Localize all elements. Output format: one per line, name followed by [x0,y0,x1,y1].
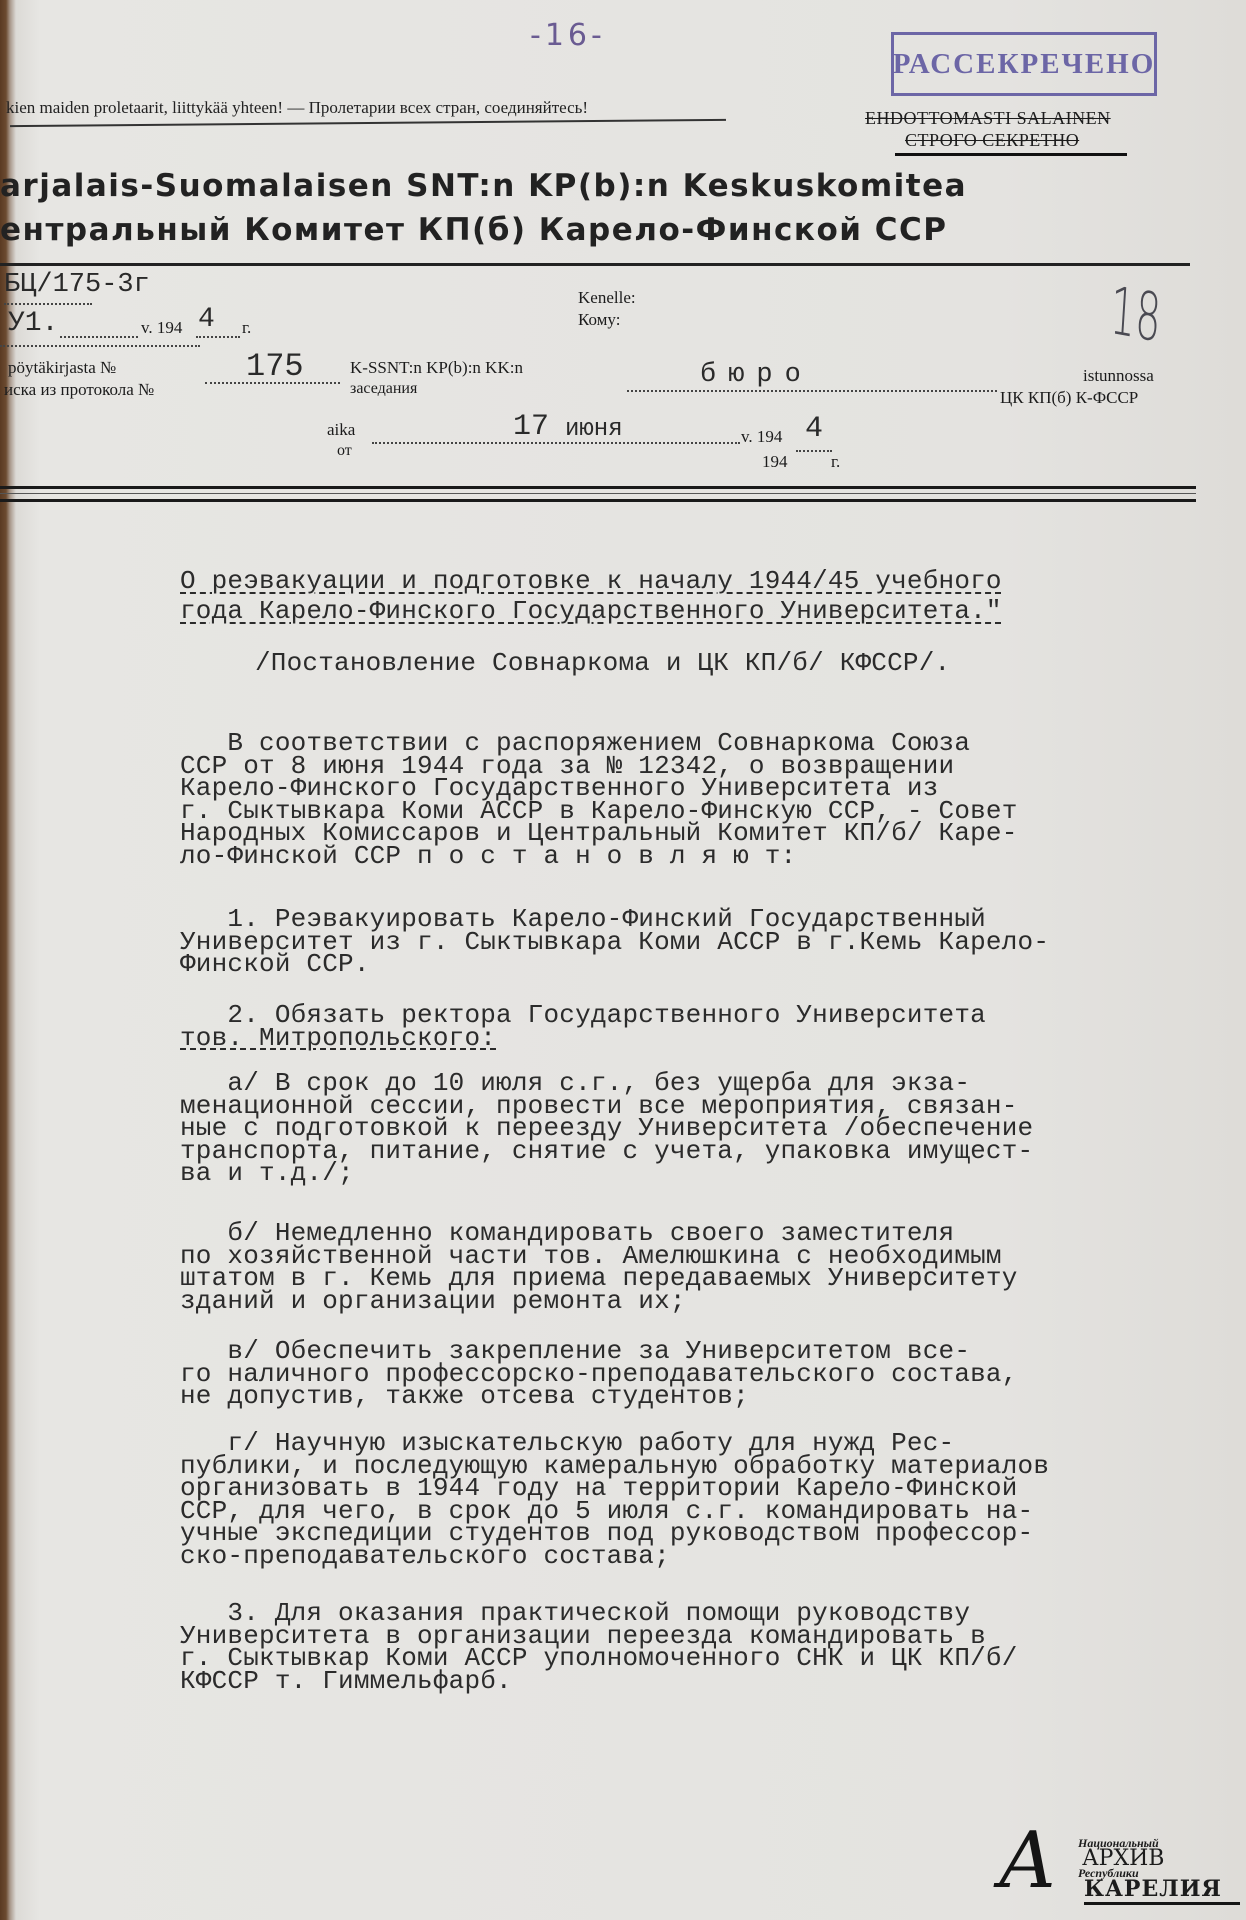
dotted-line [60,336,138,338]
komu-label: Кому: [578,310,620,330]
year-suffix-label: г. [242,318,251,338]
dotted-line [0,345,200,347]
letterhead-rule [0,263,1190,266]
letterhead-title-ru: ентральный Комитет КП(б) Карело-Финской … [0,212,947,248]
form-rule [0,486,1196,489]
istunnossa-label: istunnossa [1083,366,1154,386]
year-prefix-label: v. 194 [141,318,182,338]
slogan-underline [10,119,726,127]
classification-underline [895,153,1127,156]
text-line: не допустив, также отсева студентов; [180,1385,1220,1408]
handwritten-sheet-number: 18 [1108,272,1163,357]
month-value: У1. [8,308,58,339]
feather-icon [1084,1902,1240,1905]
text-line: ло-Финской ССР п о с т а н о в л я ю т: [180,845,1220,868]
handwritten-page-number: -16- [530,18,606,53]
item-2a: а/ В срок до 10 июля с.г., без ущерба дл… [180,1072,1220,1185]
item-2: 2. Обязать ректора Государственного Унив… [180,1004,1220,1049]
dotted-line [4,303,92,305]
preamble: В соответствии с распоряжением Совнарком… [180,732,1220,867]
letterhead-title-fi: arjalais-Suomalaisen SNT:n KP(b):n Kesku… [0,168,967,204]
classification-fi-struck: EHDOTTOMASTI SALAINEN [865,108,1111,129]
dotted-line [196,336,240,338]
aika-label: aika [327,420,355,440]
dotted-line [627,390,997,392]
date-month: июня [565,416,623,443]
reference-number: БЦ/175-3г [4,270,150,300]
date-year-prefix: v. 194 [741,427,782,447]
declassified-stamp: РАССЕКРЕЧЕНО [891,32,1157,96]
item-3: 3. Для оказания практической помощи руко… [180,1602,1220,1692]
date-year-digit: 4 [805,412,823,446]
resolution-subtitle: /Постановление Совнаркома и ЦК КП/б/ КФС… [255,652,1246,675]
archive-logo: А Национальный АРХИВ Республики КАРЕЛИЯ [998,1822,1238,1912]
classification-ru-struck: СТРОГО СЕКРЕТНО [905,130,1079,151]
item-2g: г/ Научную изыскательскую работу для нуж… [180,1432,1220,1567]
date-day: 17 [513,410,549,444]
org-label-ru: заседания [350,380,417,398]
date-year-suffix-ru: г. [831,452,840,472]
stamp-text: РАССЕКРЕЧЕНО [893,48,1156,81]
dotted-line [796,450,832,452]
logo-initial: А [998,1816,1057,1906]
protocol-label-ru: иска из протокола № [4,380,154,400]
org-label-fi: K-SSNT:n KP(b):n KK:n [350,358,523,378]
kenelle-label: Kenelle: [578,288,636,308]
title-line: года Карело-Финского Государственного Ун… [180,596,1220,626]
ot-label: от [337,442,352,460]
meeting-body: бюро [700,360,813,390]
ck-label: ЦК КП(б) К-ФССР [1000,388,1138,408]
item-2b: б/ Немедленно командировать своего замес… [180,1222,1220,1312]
form-rule [0,499,1196,502]
protocol-label-fi: pöytäkirjasta № [8,358,116,378]
year-digit: 4 [198,304,215,335]
date-year-prefix-ru: 194 [762,452,788,472]
title-line: О реэвакуации и подготовке к началу 1944… [180,566,1220,596]
protocol-number: 175 [246,348,304,385]
dotted-line [372,442,740,444]
item-1: 1. Реэвакуировать Карело-Финский Государ… [180,908,1220,976]
resolution-title: О реэвакуации и подготовке к началу 1944… [180,566,1220,626]
logo-line-4: КАРЕЛИЯ [1084,1876,1222,1902]
document-page: -16- kien maiden proletaarit, liittykää … [0,0,1246,1920]
item-2v: в/ Обеспечить закрепление за Университет… [180,1340,1220,1408]
slogan: kien maiden proletaarit, liittykää yhtee… [6,98,588,118]
form-rule [0,493,1196,494]
